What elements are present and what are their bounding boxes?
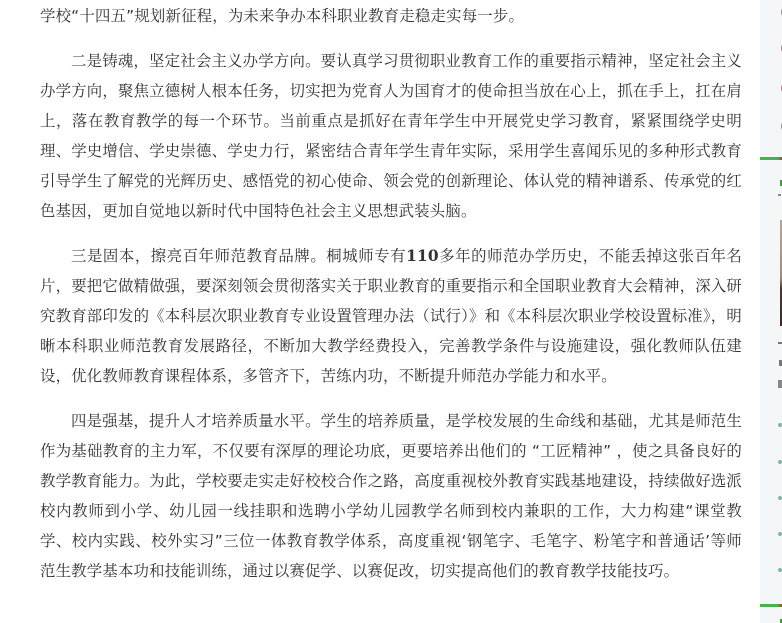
list-bullet-icon	[778, 460, 782, 464]
news-caption-fragment-1[interactable]	[778, 342, 782, 344]
section-divider	[760, 157, 782, 160]
article-paragraph-soul: 二是铸魂，坚定社会主义办学方向。要认真学习贯彻职业教育工作的重要指示精神，坚定社…	[40, 46, 742, 226]
article-paragraph-intro-tail: 学校“十四五”规划新征程，为未来争办本科职业教育走稳走实每一步。	[40, 1, 742, 31]
list-bullet-icon	[778, 496, 782, 500]
list-bullet-icon	[778, 532, 782, 536]
paragraph-text-before: 三是固本，擦亮百年师范教育品牌。桐城师专有	[71, 247, 406, 265]
years-number: 110	[406, 247, 439, 265]
list-bullet-icon	[778, 568, 782, 572]
section-title-fragment	[778, 194, 781, 196]
article-paragraph-base: 四是强基，提升人才培养质量水平。学生的培养质量，是学校发展的生命线和基础，尤其是…	[40, 406, 742, 586]
right-sidebar: ( ( ( (	[760, 0, 782, 623]
paragraph-text-after: 多年的师范办学历史，不能丢掉这张百年名片，要把它做精做强，要深刻领会贯彻落实关于…	[40, 247, 742, 385]
article-body: 学校“十四五”规划新征程，为未来争办本科职业教育走稳走实每一步。 二是铸魂，坚定…	[40, 0, 742, 586]
article-paragraph-foundation: 三是固本，擦亮百年师范教育品牌。桐城师专有110多年的师范办学历史，不能丢掉这张…	[40, 241, 742, 391]
list-bullet-icon	[778, 423, 782, 427]
news-caption-fragment-3[interactable]	[778, 380, 782, 388]
section-divider	[760, 604, 782, 607]
